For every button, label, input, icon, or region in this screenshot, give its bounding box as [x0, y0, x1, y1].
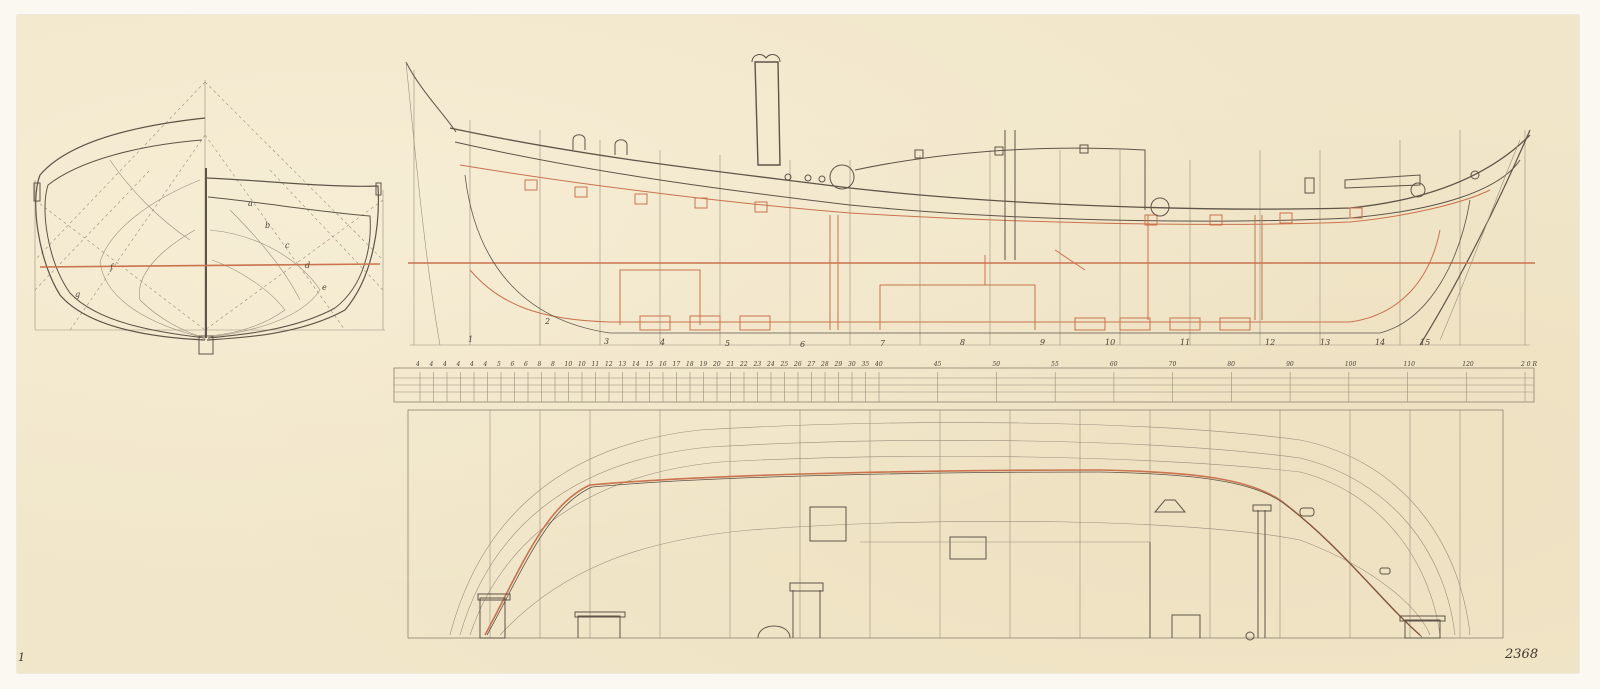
scale-label: 16: [659, 361, 667, 368]
scale-label: 8: [538, 361, 542, 368]
scale-label: 26: [793, 361, 802, 368]
svg-text:6: 6: [800, 340, 805, 349]
scale-label: 30: [848, 361, 856, 368]
scale-label: 17: [673, 361, 681, 368]
sheer-profile: 1 2 3 4 5 6 7 8 9 10 11 12 13 14 15: [406, 55, 1535, 349]
scale-label: 4: [429, 361, 434, 368]
scale-label: 2 0 R: [1520, 361, 1537, 368]
scale-label: 8: [551, 361, 555, 368]
scale-label: 55: [1051, 361, 1059, 368]
svg-text:e: e: [322, 283, 327, 292]
scale-label: 45: [933, 361, 942, 368]
scale-label: 4: [456, 361, 461, 368]
scale-label: 28: [820, 361, 829, 368]
svg-text:10: 10: [1105, 338, 1115, 347]
scale-label: 24: [766, 361, 775, 368]
scale-label: 4: [483, 361, 488, 368]
scale-label: 27: [807, 361, 816, 368]
svg-text:9: 9: [1040, 338, 1045, 347]
scale-label: 40: [874, 361, 883, 368]
scale-label: 4: [469, 361, 474, 368]
scale-label: 19: [700, 361, 708, 368]
svg-text:11: 11: [1180, 338, 1190, 347]
svg-text:3: 3: [604, 337, 609, 346]
scale-label: 11: [592, 361, 600, 368]
body-plan: a b c d e f g: [34, 80, 385, 354]
catalog-number: 2368: [1505, 647, 1538, 662]
scale-label: 6: [524, 361, 528, 368]
scale-label: 120: [1462, 361, 1474, 368]
scale-label: 14: [632, 361, 640, 368]
svg-text:12: 12: [1265, 338, 1275, 347]
svg-text:a: a: [248, 199, 253, 208]
svg-text:d: d: [305, 261, 310, 270]
scale-label: 10: [578, 361, 586, 368]
svg-text:2: 2: [544, 317, 550, 326]
scale-label: 60: [1110, 361, 1118, 368]
ship-plan-drawing: a b c d e f g: [0, 0, 1600, 689]
scale-label: 50: [992, 361, 1000, 368]
scale-bar: 4444445668810101112131415161718192021222…: [394, 361, 1537, 402]
deck-plan: [408, 410, 1503, 640]
scale-label: 110: [1404, 361, 1416, 368]
scale-label: 100: [1345, 361, 1357, 368]
scale-label: 35: [862, 361, 870, 368]
sheet-mark: 1: [18, 651, 25, 664]
scale-label: 23: [753, 361, 762, 368]
scale-label: 18: [686, 361, 694, 368]
svg-text:14: 14: [1375, 338, 1385, 347]
scale-label: 13: [619, 361, 627, 368]
scale-label: 15: [646, 361, 654, 368]
scale-label: 12: [605, 361, 613, 368]
svg-text:4: 4: [659, 338, 665, 347]
svg-text:15: 15: [1420, 338, 1430, 347]
svg-text:f: f: [109, 263, 115, 272]
scale-label: 20: [712, 361, 721, 368]
scale-label: 5: [497, 361, 501, 368]
svg-text:c: c: [285, 241, 290, 250]
svg-text:8: 8: [960, 338, 965, 347]
svg-text:5: 5: [725, 339, 730, 348]
scale-label: 4: [415, 361, 420, 368]
svg-text:13: 13: [1320, 338, 1330, 347]
svg-text:g: g: [75, 290, 80, 299]
scale-label: 22: [739, 361, 748, 368]
scale-label: 4: [442, 361, 447, 368]
scale-label: 29: [834, 361, 843, 368]
svg-text:7: 7: [880, 339, 886, 348]
scale-label: 70: [1169, 361, 1177, 368]
scale-label: 21: [726, 361, 735, 368]
scale-label: 25: [780, 361, 789, 368]
scale-label: 6: [511, 361, 515, 368]
scale-label: 90: [1286, 361, 1294, 368]
svg-text:b: b: [265, 221, 270, 230]
scale-label: 10: [565, 361, 573, 368]
scale-label: 80: [1227, 361, 1235, 368]
svg-text:1: 1: [468, 335, 473, 344]
